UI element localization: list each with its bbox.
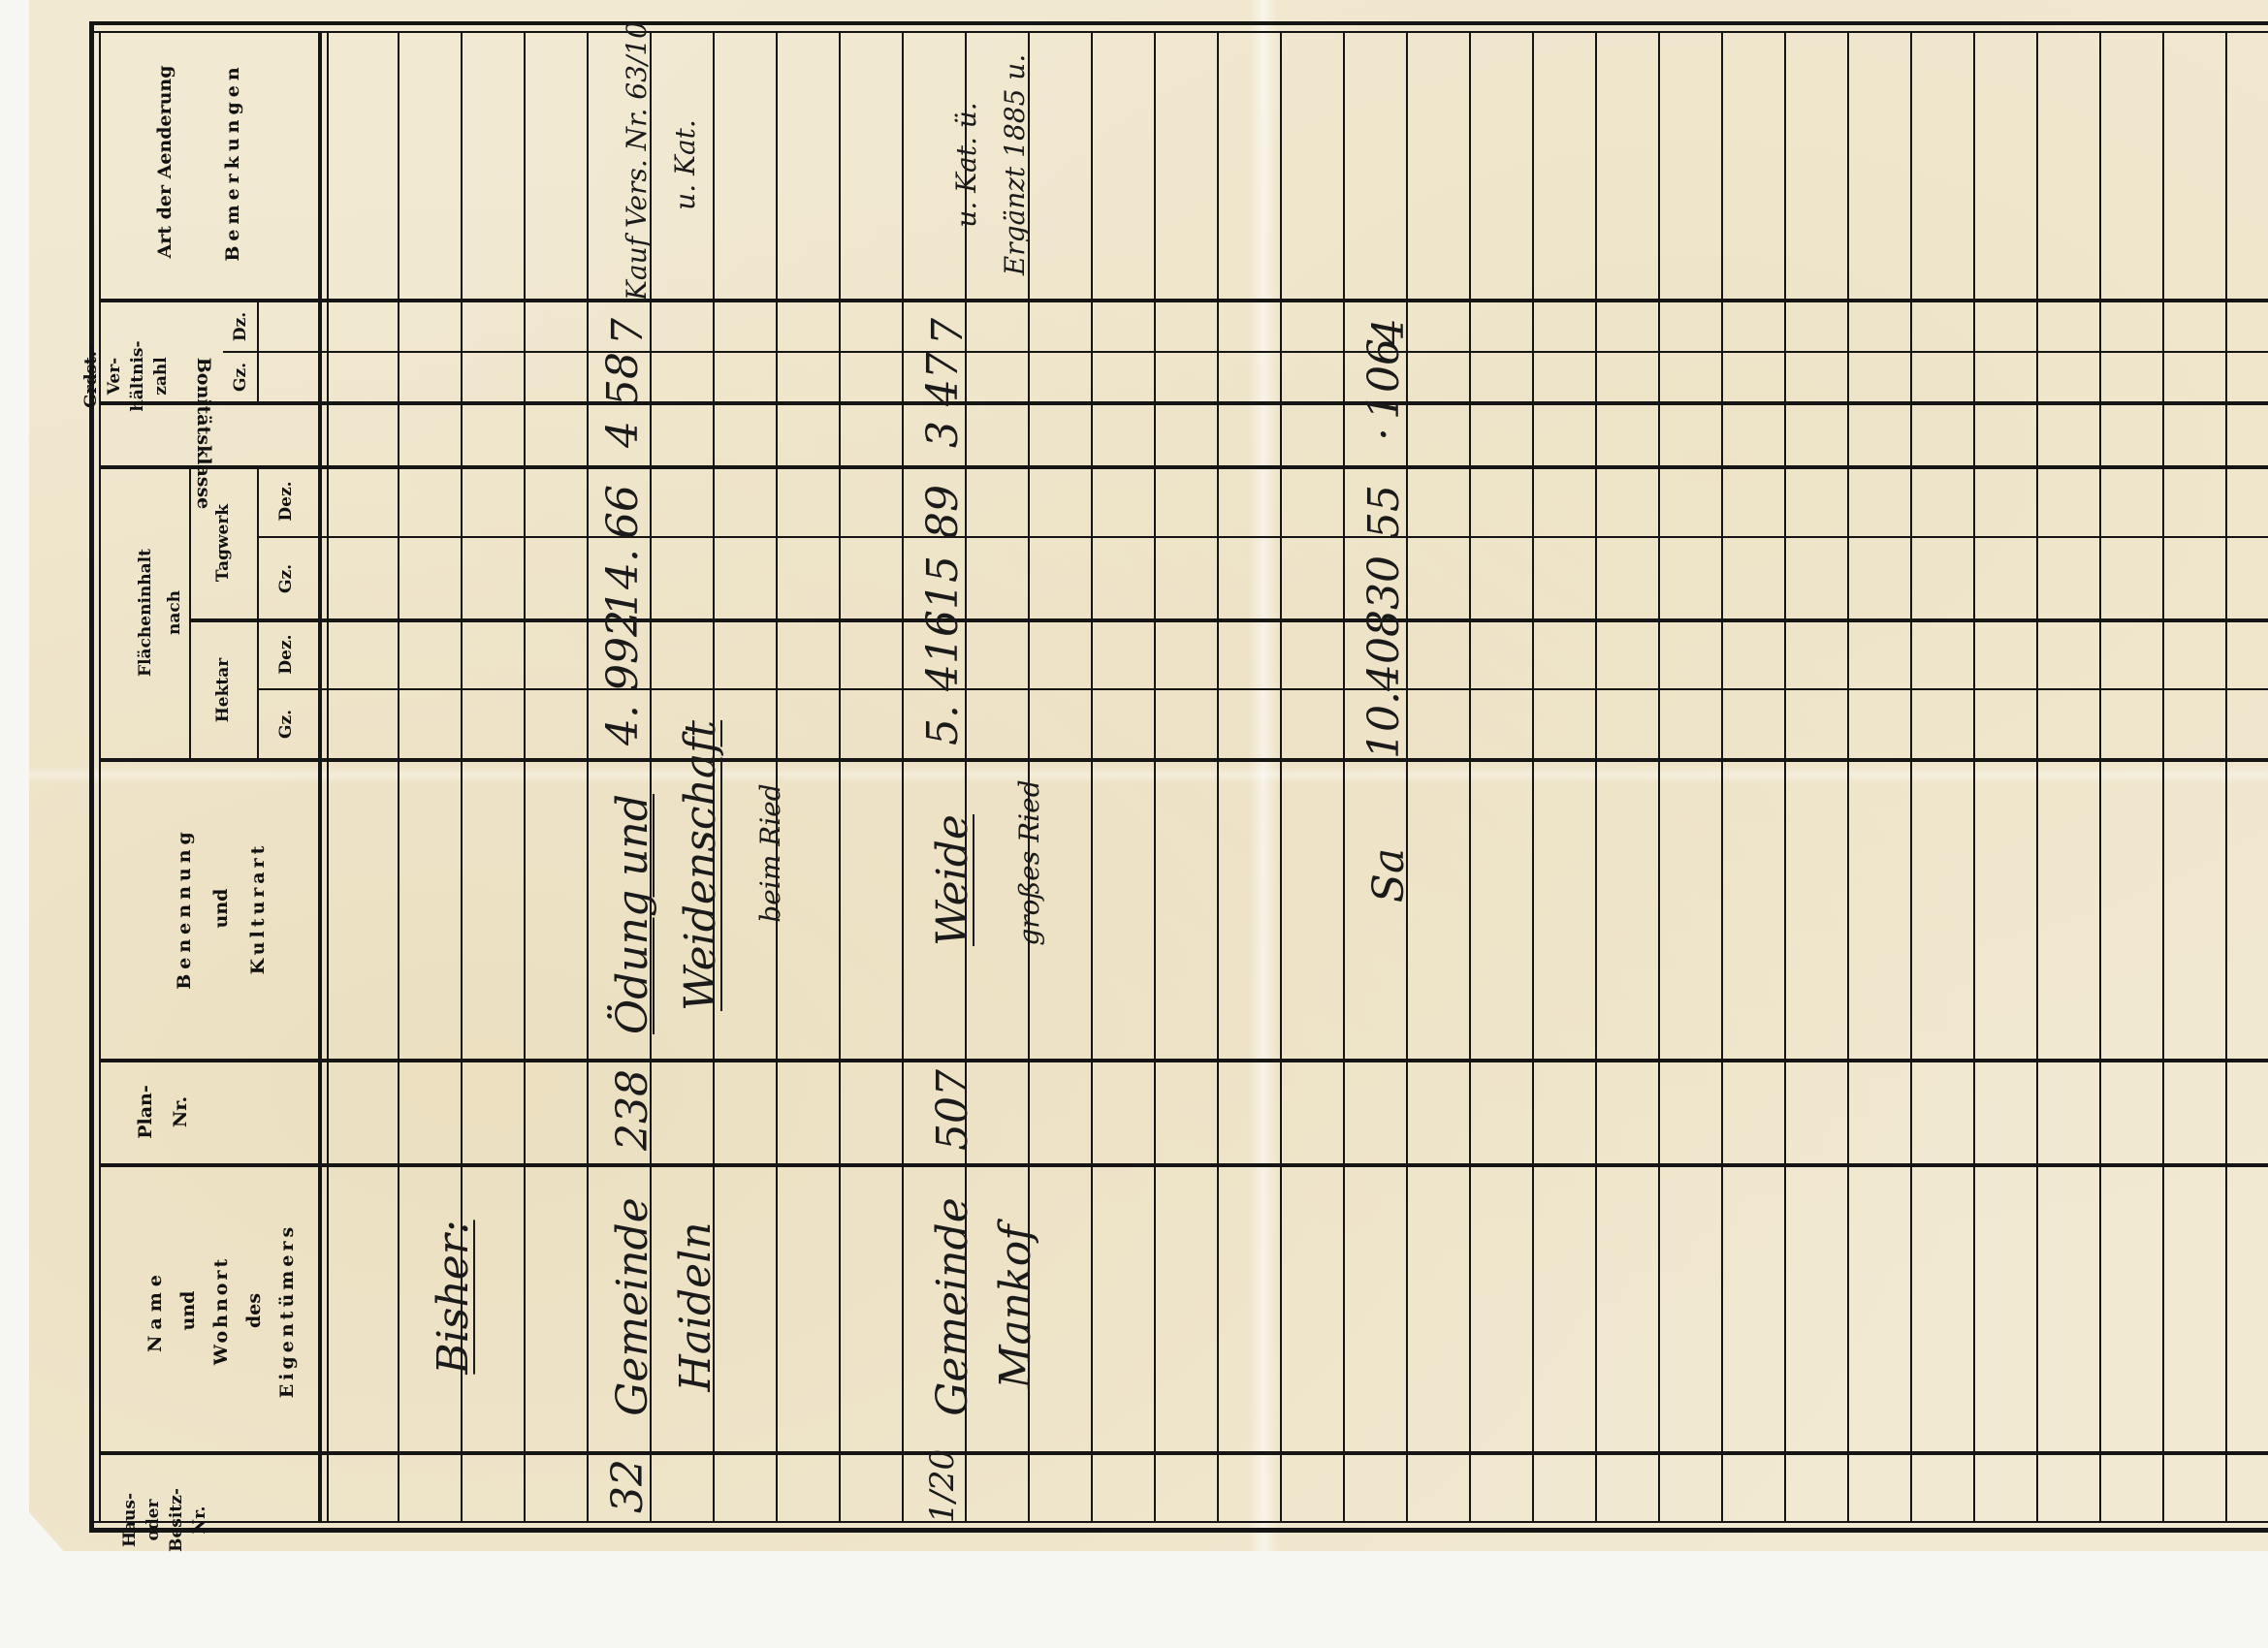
header-hektar-gz: Gz. <box>274 700 298 748</box>
row-divider <box>2099 32 2101 1522</box>
header-kulturart: Kulturart <box>241 802 274 1015</box>
sum-hektar-gz: 10. <box>1359 691 1414 759</box>
header-hektar: Hektar <box>211 642 235 739</box>
col-line-aenderung <box>101 299 2268 302</box>
header-art-der-aenderung: Art der Aenderung <box>148 26 181 298</box>
col-line-bonitaet <box>101 401 2268 405</box>
row-divider <box>1217 32 1219 1522</box>
header-name: Name <box>139 1204 172 1417</box>
row2-bemerkung-2: Ergänzt 1885 u. <box>999 48 1038 281</box>
border-left-inner <box>99 31 101 1523</box>
row-divider <box>839 32 841 1522</box>
row1-benennung-2: Weidenschaft <box>676 769 730 1011</box>
header-separator-inner <box>327 31 329 1523</box>
row1-hektar-gz: 4. <box>598 691 653 759</box>
row-divider <box>902 32 904 1522</box>
row-divider <box>1973 32 1975 1522</box>
col-line-tagwerk <box>101 465 2268 469</box>
hdr-div-verh <box>257 301 259 403</box>
row1-tagwerk-dez: 66 <box>598 473 653 551</box>
row1-bemerkung-2: u. Kat. <box>669 107 708 223</box>
row-divider <box>1154 32 1156 1522</box>
sum-tagwerk-dez: 55 <box>1359 473 1414 551</box>
header-plan-nr: Nr. <box>164 1063 197 1160</box>
col-line-name <box>101 1163 2268 1167</box>
row1-name-1: Gemeinde <box>608 1195 662 1418</box>
section-label-bisher: Bisher: <box>429 1190 483 1404</box>
header-wohnort: Wohnort <box>205 1204 238 1417</box>
row-divider <box>1595 32 1597 1522</box>
header-tagwerk: Tagwerk <box>211 494 235 591</box>
row2-tagwerk-gz: 15 <box>918 544 973 621</box>
row2-hektar-gz: 5. <box>918 691 973 759</box>
row-divider <box>1469 32 1471 1522</box>
sum-verh-dz: 4 <box>1364 302 1419 361</box>
row-divider <box>587 32 589 1522</box>
border-top-outer <box>92 21 2268 25</box>
row-divider <box>1721 32 1723 1522</box>
row2-haus-nr: 1/20 <box>923 1447 977 1525</box>
row-divider <box>2225 32 2227 1522</box>
sum-tagwerk-gz: 30 <box>1359 544 1414 621</box>
border-bottom-outer <box>92 1528 2268 1533</box>
row-divider <box>1406 32 1408 1522</box>
row1-benennung-1: Ödung und <box>608 793 662 1035</box>
sum-label: Sa <box>1364 837 1419 914</box>
header-bonitaetsklasse: Bonitätsklasse <box>187 356 220 511</box>
row2-tagwerk-dez: 89 <box>918 473 973 551</box>
row1-benennung-3: beim Ried <box>754 776 793 931</box>
header-bemerkungen: Bemerkungen <box>216 26 249 298</box>
border-bottom-inner <box>92 1521 2268 1523</box>
row2-benennung-2: großes Ried <box>1013 771 1052 955</box>
header-benennung: Benennung <box>168 802 201 1015</box>
row2-name-1: Gemeinde <box>928 1195 982 1418</box>
header-verh-dz: Dz. <box>229 307 252 346</box>
row-divider <box>1784 32 1786 1522</box>
header-und-1: und <box>205 802 238 1015</box>
row-divider <box>2036 32 2038 1522</box>
row2-verh-dz: 7 <box>923 302 977 361</box>
row2-bemerkung-1: u. Kat. ü. <box>950 68 989 262</box>
header-tagwerk-gz: Gz. <box>274 555 298 603</box>
border-top-inner <box>92 31 2268 33</box>
row-divider <box>524 32 526 1522</box>
row-divider <box>1280 32 1282 1522</box>
header-eigentuemers: Eigentümers <box>271 1204 303 1417</box>
header-haus-nr: Haus- oder Besitz- Nr. <box>118 1472 211 1569</box>
row1-verh-dz: 7 <box>603 302 657 361</box>
header-des: des <box>238 1204 271 1417</box>
col-line-verh-sub <box>223 351 2268 353</box>
row-divider <box>1847 32 1849 1522</box>
header-hektar-dez: Dez. <box>274 630 298 679</box>
col-line-haus <box>101 1451 2268 1455</box>
row1-tagwerk-gz: 14. <box>598 544 653 621</box>
row-divider <box>1343 32 1345 1522</box>
row1-plan-nr: 238 <box>608 1066 662 1154</box>
header-und-2: und <box>172 1204 205 1417</box>
page-fold-horizontal <box>29 766 2268 783</box>
hdr-div-flaeche <box>189 467 191 760</box>
header-plan: Plan- <box>129 1063 162 1160</box>
header-nach: nach <box>163 477 186 748</box>
row2-plan-nr: 507 <box>928 1066 982 1154</box>
hdr-div-gz <box>257 467 259 760</box>
row2-name-2: Mankof <box>991 1195 1045 1418</box>
row-divider <box>1091 32 1093 1522</box>
row-divider <box>398 32 399 1522</box>
header-flaecheninhalt: Flächeninhalt <box>134 477 157 748</box>
row1-bemerkung-1: Kauf Vers. Nr. 63/10 <box>621 29 659 301</box>
col-line-hektar-sub <box>257 688 2268 690</box>
col-line-tagwerk-sub <box>257 536 2268 538</box>
col-line-plan <box>101 1059 2268 1062</box>
hdr-div-hektar-tagwerk <box>189 618 325 622</box>
row1-name-2: Haideln <box>671 1195 725 1418</box>
row-divider <box>1910 32 1912 1522</box>
col-line-hektar <box>189 618 2268 622</box>
header-tagwerk-dez: Dez. <box>274 477 298 525</box>
col-line-benennung <box>101 758 2268 762</box>
row-divider <box>2162 32 2164 1522</box>
row-divider <box>1658 32 1660 1522</box>
row1-haus-nr: 32 <box>603 1447 657 1525</box>
header-separator-outer <box>318 31 322 1523</box>
header-verhaeltniszahl: Grdst.- Ver- hältnis- zahl <box>80 328 173 425</box>
row-divider <box>1532 32 1534 1522</box>
border-left-outer <box>89 21 94 1533</box>
header-verh-gz: Gz. <box>229 358 252 396</box>
row2-benennung-1: Weide <box>928 788 982 972</box>
